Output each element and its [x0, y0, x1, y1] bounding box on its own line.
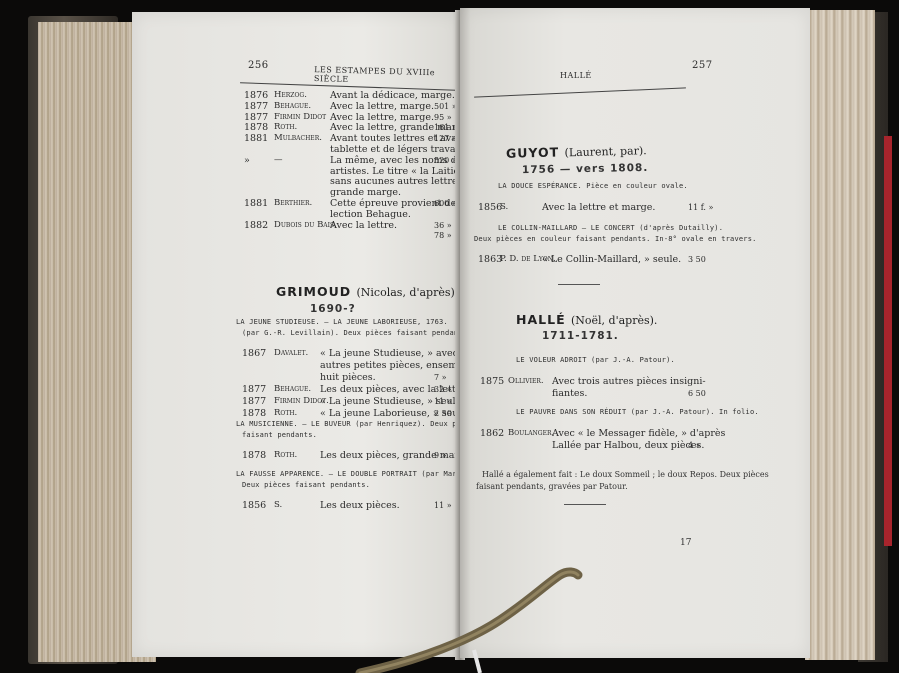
entry-description: « Le Collin-Maillard, » seule. — [542, 254, 681, 265]
artist-dates: 1711-1781. — [542, 330, 619, 342]
artist-dates: 1756 — vers 1808. — [522, 162, 648, 176]
entry-name: S. — [500, 202, 508, 213]
entry-year: 1881 — [244, 133, 268, 144]
entry-year: 1878 — [242, 450, 266, 461]
entry-year: 1877 — [244, 101, 268, 112]
entry-price: 4 » — [688, 440, 701, 451]
right-page: 257 HALLÉ GUYOT (Laurent, par). 1756 — v… — [460, 8, 810, 658]
entry-price: 36 » — [434, 220, 452, 231]
entry-year: 1863 — [478, 254, 502, 265]
artist-heading: GUYOT (Laurent, par). — [506, 142, 647, 161]
entry-price: 3 50 — [688, 254, 706, 265]
section-title: LE COLLIN-MAILLARD — LE CONCERT (d'après… — [498, 224, 723, 232]
entry-price: 6 50 — [688, 388, 706, 399]
entry-price: 501 » — [434, 101, 457, 112]
entry-year: » — [244, 155, 250, 166]
page-number: 256 — [248, 60, 269, 71]
entry-name: Dubois du Bais. — [274, 220, 337, 231]
entry-name: S. — [274, 500, 282, 511]
section-title: LA JEUNE STUDIEUSE. — LA JEUNE LABORIEUS… — [236, 318, 448, 326]
artist-heading: HALLÉ (Noël, d'après). — [516, 312, 657, 327]
section-subtitle: (par G.-R. Levillain). Deux pièces faisa… — [242, 329, 472, 337]
artist-qualifier: (Laurent, par). — [564, 144, 646, 159]
artist-dates: 1690-? — [310, 303, 356, 315]
entry-name: Boulanger. — [508, 428, 554, 439]
entry-description: Avec trois autres pièces insigni- — [552, 376, 706, 387]
artist-heading: GRIMOUD (Nicolas, d'après). — [276, 284, 458, 299]
running-head: LES ESTAMPES DU XVIIIe SIÈCLE — [314, 65, 462, 87]
entry-price: 32 » — [434, 384, 452, 395]
entry-year: 1877 — [244, 112, 268, 123]
entry-description: Lallée par Halbou, deux pièces. — [552, 440, 704, 451]
entry-year: 1881 — [244, 198, 268, 209]
entry-name: Firmin Didot — [274, 112, 326, 123]
artist-qualifier: (Noël, d'après). — [571, 314, 657, 327]
section-title: LA DOUCE ESPÉRANCE. Pièce en couleur ova… — [498, 182, 688, 190]
entry-price: 11 f. » — [688, 202, 713, 213]
entry-description: tablette et de légers travaux. — [330, 144, 470, 155]
entry-year: 1877 — [242, 384, 266, 395]
entry-description: Avant la dédicace, marge. — [330, 90, 455, 101]
entry-year: 1876 — [244, 90, 268, 101]
entry-year: 1878 — [242, 408, 266, 419]
footnote-line: faisant pendants, gravées par Patour. — [476, 482, 628, 491]
entry-name: Herzog. — [274, 90, 307, 101]
entry-description: grande marge. — [330, 187, 401, 198]
entry-year: 1878 — [244, 122, 268, 133]
artist-name: HALLÉ — [516, 312, 566, 327]
entry-price: 7 » — [434, 372, 447, 383]
entry-price: 11 » — [434, 500, 452, 511]
entry-description: sans aucunes autres lettres, — [330, 176, 465, 187]
page-edges-right — [805, 10, 875, 660]
section-title: LE PAUVRE DANS SON RÉDUIT (par J.-A. Pat… — [516, 408, 759, 416]
section-subtitle: faisant pendants. — [242, 431, 317, 439]
left-page: 256 LES ESTAMPES DU XVIIIe SIÈCLE 1876He… — [132, 12, 462, 657]
entry-name: Berthier. — [274, 198, 312, 209]
entry-description: Avec la lettre, marge. — [330, 101, 434, 112]
artist-qualifier: (Nicolas, d'après). — [357, 286, 459, 299]
entry-price: 127 » — [434, 133, 457, 144]
entry-year: 1882 — [244, 220, 268, 231]
entry-price: 161 » — [434, 122, 457, 133]
entry-year: 1875 — [480, 376, 504, 387]
entry-price: 520 » — [434, 155, 457, 166]
header-rule — [474, 87, 686, 97]
entry-name: Roth. — [274, 450, 297, 461]
footnote-line: Hallé a également fait : Le doux Sommeil… — [482, 470, 769, 479]
entry-name: Behague. — [274, 384, 311, 395]
entry-name: Davalet. — [274, 348, 308, 359]
entry-price: 9 » — [434, 450, 447, 461]
artist-name: GUYOT — [506, 144, 560, 160]
entry-description: Avec la lettre et marge. — [542, 202, 655, 213]
entry-price: 11 » — [434, 396, 452, 407]
section-title: LE VOLEUR ADROIT (par J.-A. Patour). — [516, 356, 675, 364]
entry-description: Avec la lettre. — [330, 220, 397, 231]
section-divider — [558, 284, 600, 285]
entry-description: Les deux pièces, grande marge. — [320, 450, 474, 461]
entry-year: 1856 — [478, 202, 502, 213]
entry-description: Les deux pièces. — [320, 500, 400, 511]
entry-description: autres petites pièces, ensemble, — [320, 360, 475, 371]
entry-description: fiantes. — [552, 388, 587, 399]
entry-year: 1856 — [242, 500, 266, 511]
entry-price: 2 50 — [434, 408, 452, 419]
entry-name: Roth. — [274, 122, 297, 133]
entry-description: Avec « le Messager fidèle, » d'après — [552, 428, 725, 439]
signature-mark: 17 — [680, 538, 691, 548]
entry-price: 95 » — [434, 112, 452, 123]
entry-description: huit pièces. — [320, 372, 376, 383]
section-subtitle: Deux pièces faisant pendants. — [242, 481, 370, 489]
section-title: LA FAUSSE APPARENCE. — LE DOUBLE PORTRAI… — [236, 470, 479, 478]
entry-name: — — [274, 155, 283, 166]
entry-year: 1877 — [242, 396, 266, 407]
page-number: 257 — [692, 60, 713, 71]
running-head: HALLÉ — [560, 71, 592, 80]
red-ribbon-bookmark — [884, 136, 892, 546]
entry-description: Avec la lettre, marge. — [330, 112, 434, 123]
entry-name: Roth. — [274, 408, 297, 419]
entry-year: 1867 — [242, 348, 266, 359]
entry-description: lection Behague. — [330, 209, 411, 220]
artist-name: GRIMOUD — [276, 284, 351, 299]
entry-name: Behague. — [274, 101, 311, 112]
entry-name: Ollivier. — [508, 376, 544, 387]
section-divider — [564, 504, 606, 505]
section-title: LA MUSICIENNE. — LE BUVEUR (par Henrique… — [236, 420, 479, 428]
entry-price: 600 » — [434, 198, 457, 209]
entry-year: 1862 — [480, 428, 504, 439]
entry-price: 78 » — [434, 230, 452, 241]
section-subtitle: Deux pièces en couleur faisant pendants.… — [474, 235, 757, 243]
entry-name: Mulbacher. — [274, 133, 322, 144]
